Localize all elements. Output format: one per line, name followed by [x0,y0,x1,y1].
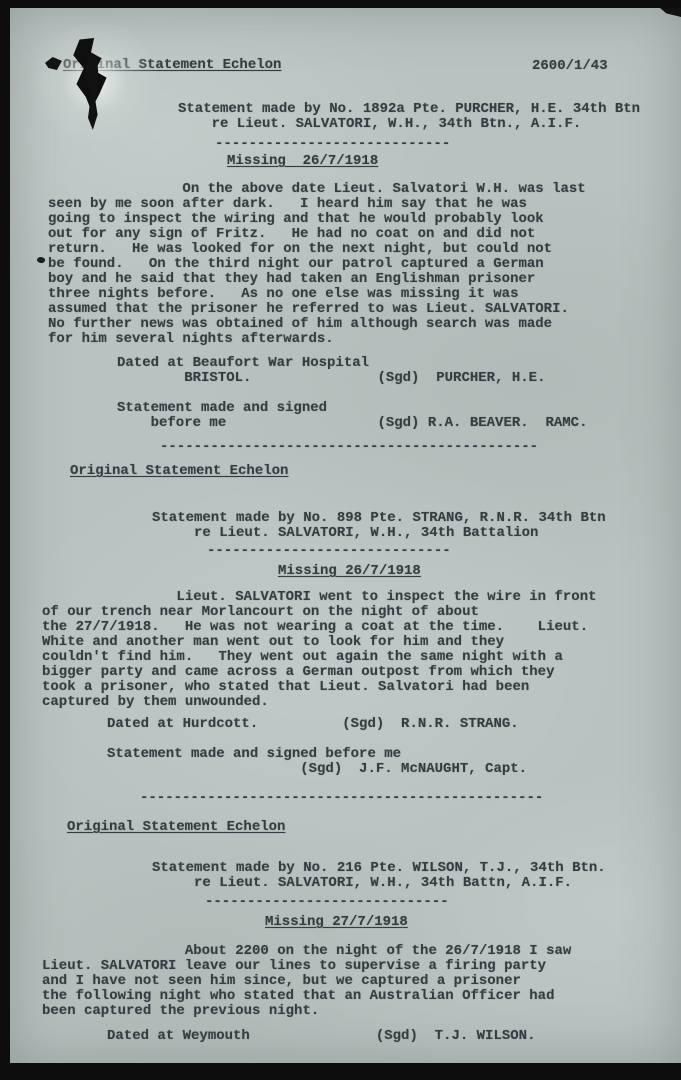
document-page: Original Statement Echelon 2600/1/43 Sta… [10,8,681,1063]
corner-mark [660,8,681,17]
statement-attribution: Statement made by No. 898 Pte. STRANG, R… [152,511,606,541]
signature-block: Dated at Weymouth (Sgd) T.J. WILSON. [107,1029,535,1044]
section-heading: Original Statement Echelon [67,820,285,835]
missing-date-heading: Missing 27/7/1918 [265,915,408,930]
section-separator: ----------------------------------------… [140,791,543,806]
statement-attribution: Statement made by No. 1892a Pte. PURCHER… [178,102,640,132]
reference-number: 2600/1/43 [532,59,608,74]
signature-block: Dated at Hurdcott. (Sgd) R.N.R. STRANG. … [107,717,527,777]
statement-body: On the above date Lieut. Salvatori W.H. … [48,182,586,347]
missing-date-heading: Missing 26/7/1918 [227,154,378,169]
statement-body: Lieut. SALVATORI went to inspect the wir… [42,590,597,710]
statement-attribution: Statement made by No. 216 Pte. WILSON, T… [152,861,606,891]
dashed-rule: ----------------------------- [207,544,451,559]
statement-body: About 2200 on the night of the 26/7/1918… [42,944,571,1019]
scanned-document: { "document": { "reference_number": "260… [0,0,681,1080]
signature-block: Dated at Beaufort War Hospital BRISTOL. … [117,356,587,431]
dashed-rule: ---------------------------- [215,137,450,152]
paper-speck [36,256,45,264]
section-separator: ----------------------------------------… [160,440,538,455]
missing-date-heading: Missing 26/7/1918 [278,564,421,579]
section-heading: Original Statement Echelon [70,464,288,479]
dashed-rule: ----------------------------- [205,895,449,910]
